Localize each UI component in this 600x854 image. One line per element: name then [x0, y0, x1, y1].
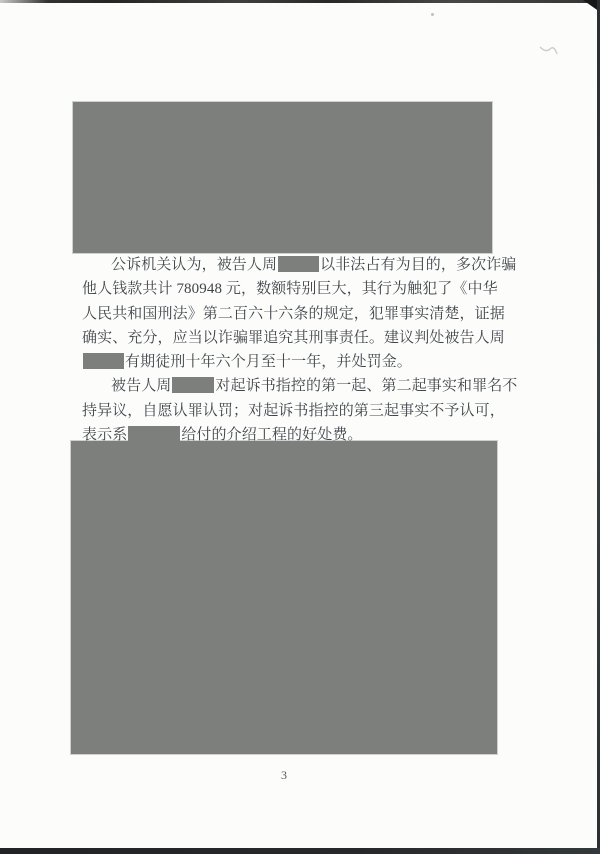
text-line: 人民共和国刑法》第二百六十六条的规定，犯罪事实清楚，证据 [82, 302, 518, 326]
text-line: 确实、充分，应当以诈骗罪追究其刑事责任。建议判处被告人周 [82, 326, 518, 350]
text-line: 他人钱款共计 780948 元，数额特别巨大，其行为触犯了《中华 [82, 277, 518, 301]
paragraph: 被告人周对起诉书指控的第一起、第二起事实和罪名不持异议，自愿认罪认罚；对起诉书指… [82, 374, 518, 447]
text-segment: 持异议，自愿认罪认罚；对起诉书指控的第三起事实不予认可， [82, 403, 505, 419]
text-segment: 对起诉书指控的第一起、第二起事实和罪名不 [215, 378, 517, 394]
inline-redaction [172, 377, 214, 393]
text-segment: 有期徒刑十年六个月至十一年，并处罚金。 [125, 354, 412, 370]
redaction-block-bottom [71, 441, 497, 754]
text-segment: 被告人周 [111, 378, 171, 394]
text-block: 公诉机关认为，被告人周以非法占有为目的，多次诈骗他人钱款共计 780948 元，… [82, 253, 518, 447]
inline-redaction [83, 353, 124, 369]
text-segment: 人民共和国刑法》第二百六十六条的规定，犯罪事实清楚，证据 [82, 306, 505, 322]
text-segment: 公诉机关认为，被告人周 [111, 257, 277, 273]
scan-edge-top [0, 0, 600, 3]
paragraph: 公诉机关认为，被告人周以非法占有为目的，多次诈骗他人钱款共计 780948 元，… [82, 253, 518, 374]
inline-redaction [278, 256, 319, 272]
text-line: 被告人周对起诉书指控的第一起、第二起事实和罪名不 [82, 374, 518, 398]
text-line: 公诉机关认为，被告人周以非法占有为目的，多次诈骗 [82, 253, 518, 277]
scan-smudge [538, 42, 560, 63]
inline-redaction [128, 426, 180, 442]
text-line: 有期徒刑十年六个月至十一年，并处罚金。 [82, 350, 518, 374]
text-segment: 以非法占有为目的，多次诈骗 [320, 257, 516, 273]
text-segment: 确实、充分，应当以诈骗罪追究其刑事责任。建议判处被告人周 [82, 330, 505, 346]
document-page: 公诉机关认为，被告人周以非法占有为目的，多次诈骗他人钱款共计 780948 元，… [0, 0, 600, 854]
text-line: 持异议，自愿认罪认罚；对起诉书指控的第三起事实不予认可， [82, 399, 518, 423]
redaction-block-top [73, 102, 492, 253]
page-number: 3 [268, 768, 300, 783]
scan-dot [431, 13, 434, 16]
text-segment: 他人钱款共计 780948 元，数额特别巨大，其行为触犯了《中华 [82, 281, 498, 297]
scan-edge-bottom [0, 848, 600, 854]
